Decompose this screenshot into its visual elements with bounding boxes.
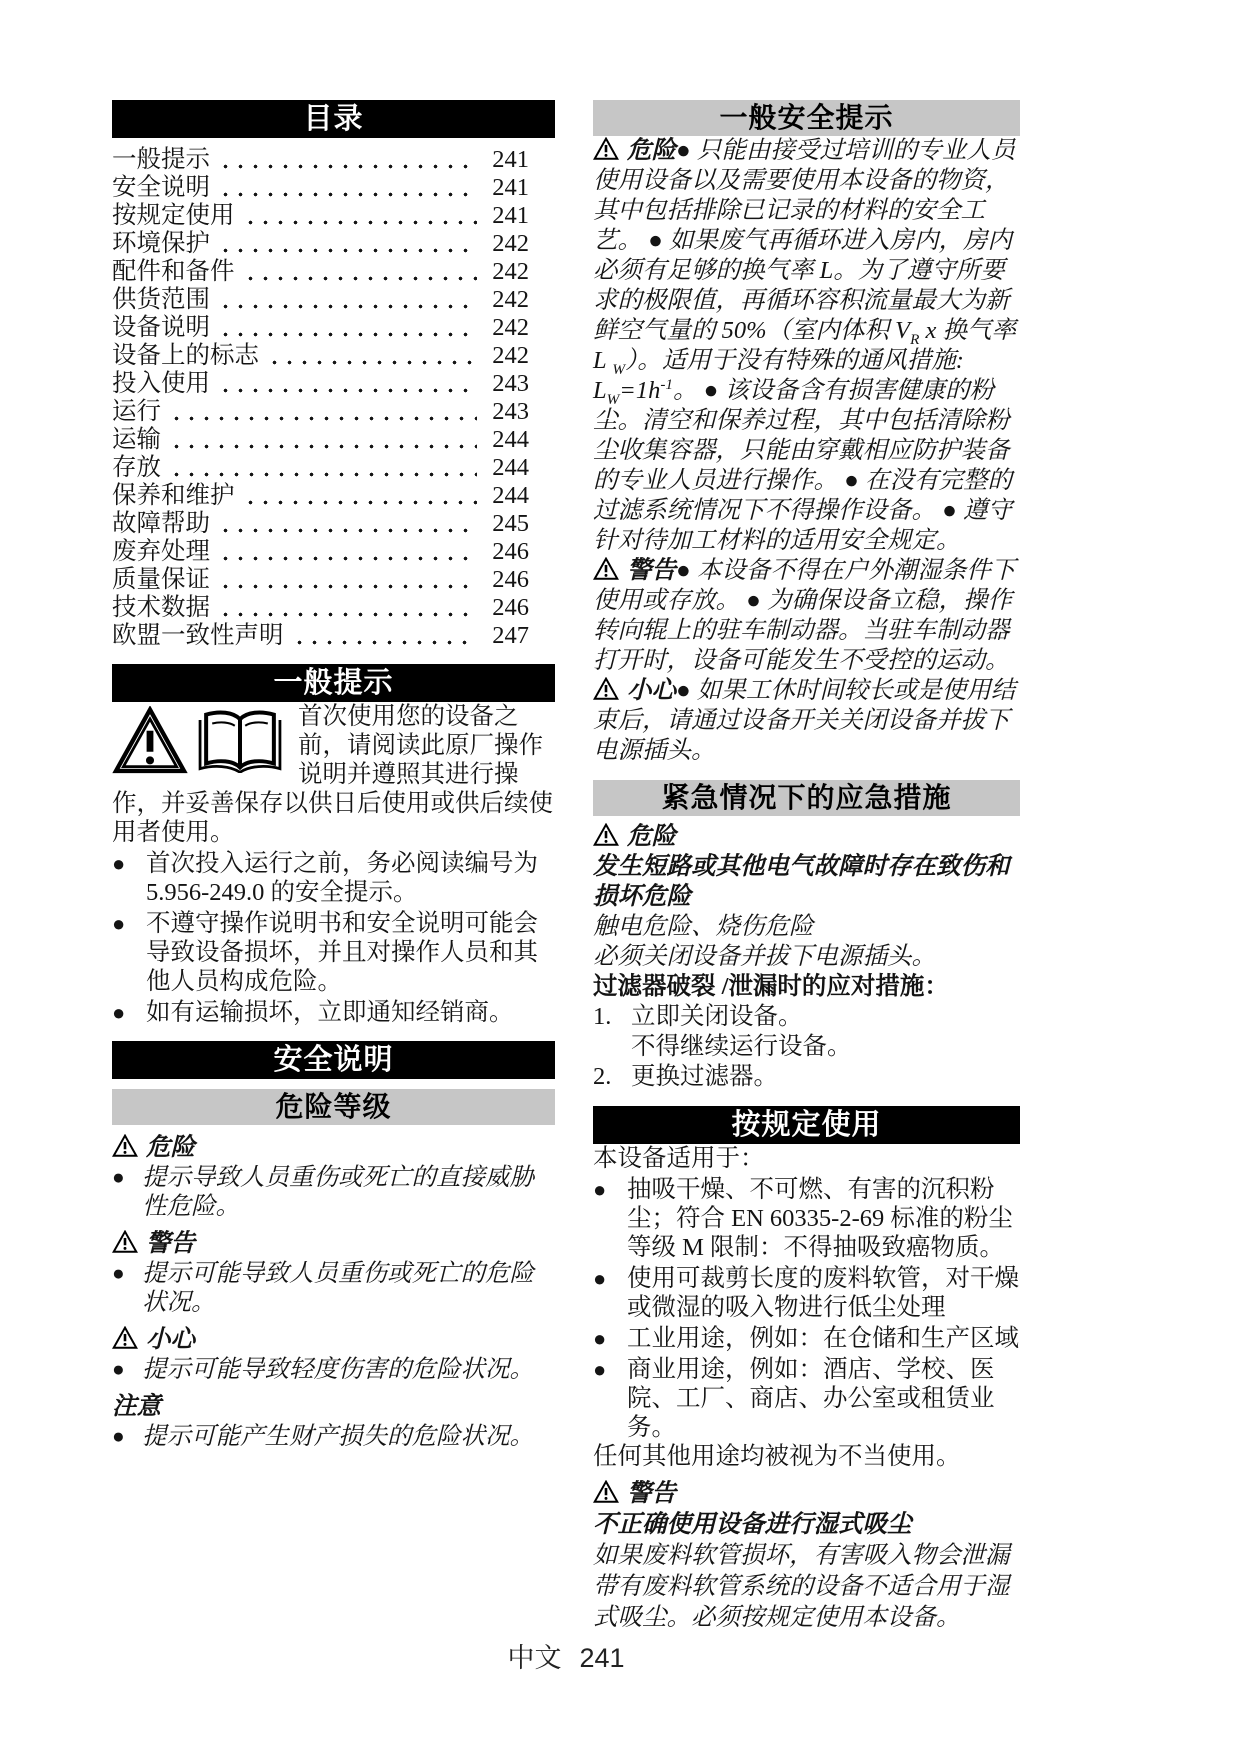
bullet-icon: ● bbox=[112, 1355, 142, 1384]
toc-leader-dots bbox=[169, 415, 477, 421]
intended-use-warning-label: 警告 bbox=[593, 1479, 1020, 1509]
toc-entry-label: 环境保护 bbox=[112, 230, 210, 258]
intended-use-warning-risk: 如果废料软管损坏，有害吸入物会泄漏 bbox=[593, 1540, 1020, 1571]
intended-use-header: 按规定使用 bbox=[593, 1106, 1020, 1144]
danger-levels-title: 危险等级 bbox=[275, 1091, 391, 1122]
emergency-step-note: 不得继续运行设备。 bbox=[593, 1032, 1020, 1062]
warning-triangle-icon bbox=[112, 706, 188, 774]
toc-leader-dots bbox=[218, 583, 477, 589]
warning-triangle-icon bbox=[593, 677, 619, 700]
toc-entry-page: 242 bbox=[483, 258, 529, 286]
intended-use-warning-headline: 不正确使用设备进行湿式吸尘 bbox=[593, 1509, 1020, 1540]
caution-level-description: ● 提示可能导致轻度伤害的危险状况。 bbox=[112, 1355, 555, 1384]
emergency-title: 紧急情况下的应急措施 bbox=[661, 782, 951, 813]
toc-leader-dots bbox=[218, 303, 477, 309]
toc-entry-label: 欧盟一致性声明 bbox=[112, 622, 284, 650]
page-content: 目录 一般提示241 安全说明241 按规定使用241 环境保护242 配件和备… bbox=[112, 100, 1020, 1633]
toc-leader-dots bbox=[243, 499, 478, 505]
list-item-text: 使用可裁剪长度的废料软管，对干燥或微湿的吸入物进行低尘处理 bbox=[627, 1264, 1020, 1322]
table-of-contents: 一般提示241 安全说明241 按规定使用241 环境保护242 配件和备件24… bbox=[112, 146, 555, 650]
toc-leader-dots bbox=[218, 163, 477, 169]
toc-entry-label: 设备上的标志 bbox=[112, 342, 259, 370]
toc-leader-dots bbox=[169, 443, 477, 449]
toc-entry: 供货范围242 bbox=[112, 286, 555, 314]
intended-use-title: 按规定使用 bbox=[731, 1109, 881, 1141]
toc-entry-label: 运行 bbox=[112, 398, 161, 426]
safety-description-header: 安全说明 bbox=[112, 1041, 555, 1079]
toc-entry-label: 运输 bbox=[112, 426, 161, 454]
step-number: 1. bbox=[593, 1002, 631, 1032]
toc-leader-dots bbox=[169, 471, 477, 477]
toc-entry-label: 保养和维护 bbox=[112, 482, 235, 510]
danger-level-label: 危险 bbox=[112, 1133, 555, 1163]
toc-entry-label: 废弃处理 bbox=[112, 538, 210, 566]
toc-leader-dots bbox=[218, 555, 477, 561]
toc-entry-label: 投入使用 bbox=[112, 370, 210, 398]
toc-entry-label: 按规定使用 bbox=[112, 202, 235, 230]
list-item: ● 工业用途，例如：在仓储和生产区域 bbox=[593, 1324, 1020, 1353]
toc-entry-page: 241 bbox=[483, 202, 529, 230]
emergency-instruction: 必须关闭设备并拔下电源插头。 bbox=[593, 942, 1020, 972]
toc-entry-page: 242 bbox=[483, 286, 529, 314]
caution-level-label: 小心 bbox=[112, 1325, 555, 1355]
toc-entry-page: 241 bbox=[483, 174, 529, 202]
general-safety-header: 一般安全提示 bbox=[593, 100, 1020, 136]
bullet-icon: ● bbox=[112, 1259, 142, 1317]
toc-header: 目录 bbox=[112, 100, 555, 138]
toc-entry-label: 存放 bbox=[112, 454, 161, 482]
toc-leader-dots bbox=[243, 219, 478, 225]
general-notes-header: 一般提示 bbox=[112, 664, 555, 702]
toc-entry: 存放244 bbox=[112, 454, 555, 482]
toc-entry-label: 设备说明 bbox=[112, 314, 210, 342]
list-item: ● 商业用途，例如：酒店、学校、医院、工厂、商店、办公室或租赁业务。 bbox=[593, 1355, 1020, 1442]
emergency-danger-label: 危险 bbox=[593, 822, 1020, 852]
general-notes-intro: 首次使用您的设备之前，请阅读此原厂操作说明并遵照其进行操作，并妥善保存以供日后使… bbox=[112, 702, 555, 847]
general-notes-title: 一般提示 bbox=[273, 667, 393, 699]
notice-level-label: 注意 bbox=[112, 1392, 555, 1422]
toc-entry: 运输244 bbox=[112, 426, 555, 454]
warning-label: 警告 bbox=[627, 557, 676, 584]
toc-entry-page: 247 bbox=[483, 622, 529, 650]
warning-triangle-icon bbox=[112, 1326, 138, 1349]
warning-triangle-icon bbox=[112, 1134, 138, 1157]
list-item: ● 不遵守操作说明书和安全说明可能会导致设备损坏，并且对操作人员和其他人员构成危… bbox=[112, 909, 555, 996]
list-item-text: 商业用途，例如：酒店、学校、医院、工厂、商店、办公室或租赁业务。 bbox=[627, 1355, 1020, 1442]
bullet-icon: ● bbox=[593, 1324, 627, 1353]
toc-leader-dots bbox=[218, 191, 477, 197]
toc-entry: 故障帮助245 bbox=[112, 510, 555, 538]
toc-entry: 欧盟一致性声明247 bbox=[112, 622, 555, 650]
list-item: ● 如有运输损坏，立即通知经销商。 bbox=[112, 998, 555, 1027]
page-footer: 中文241 bbox=[112, 1636, 1020, 1675]
toc-entry-page: 241 bbox=[483, 146, 529, 174]
caution-label: 小心 bbox=[627, 677, 676, 704]
bullet-icon: ● bbox=[112, 998, 146, 1027]
toc-entry-label: 故障帮助 bbox=[112, 510, 210, 538]
toc-entry-page: 242 bbox=[483, 230, 529, 258]
intended-use-intro: 本设备适用于： bbox=[593, 1144, 1020, 1173]
toc-entry-label: 配件和备件 bbox=[112, 258, 235, 286]
toc-entry-page: 244 bbox=[483, 454, 529, 482]
toc-entry-page: 243 bbox=[483, 398, 529, 426]
list-item: ● 抽吸干燥、不可燃、有害的沉积粉尘；符合 EN 60335-2-69 标准的粉… bbox=[593, 1175, 1020, 1262]
notice-level-description: ● 提示可能产生财产损失的危险状况。 bbox=[112, 1422, 555, 1451]
toc-entry: 环境保护242 bbox=[112, 230, 555, 258]
toc-leader-dots bbox=[218, 387, 477, 393]
warning-triangle-icon bbox=[593, 557, 619, 580]
toc-entry: 质量保证246 bbox=[112, 566, 555, 594]
emergency-risk-type: 触电危险、烧伤危险 bbox=[593, 912, 1020, 942]
toc-entry: 设备上的标志242 bbox=[112, 342, 555, 370]
bullet-icon: ● bbox=[112, 1422, 142, 1451]
toc-entry: 安全说明241 bbox=[112, 174, 555, 202]
open-book-icon bbox=[194, 707, 286, 773]
footer-page-number: 241 bbox=[579, 1643, 624, 1673]
intended-use-warning-text: 带有废料软管系统的设备不适合用于湿式吸尘。必须按规定使用本设备。 bbox=[593, 1571, 1020, 1633]
toc-entry: 投入使用243 bbox=[112, 370, 555, 398]
list-item-text: 抽吸干燥、不可燃、有害的沉积粉尘；符合 EN 60335-2-69 标准的粉尘等… bbox=[627, 1175, 1020, 1262]
bullet-icon: ● bbox=[593, 1264, 627, 1322]
warning-triangle-icon bbox=[112, 1230, 138, 1253]
general-safety-caution-paragraph: 小心● 如果工休时间较长或是使用结束后，请通过设备开关关闭设备并拔下电源插头。 bbox=[593, 676, 1020, 766]
toc-entry: 运行243 bbox=[112, 398, 555, 426]
warning-triangle-icon bbox=[593, 1480, 619, 1503]
toc-leader-dots bbox=[292, 639, 478, 645]
danger-label: 危险 bbox=[627, 137, 676, 164]
emergency-step: 1. 立即关闭设备。 bbox=[593, 1002, 1020, 1032]
toc-title: 目录 bbox=[303, 103, 363, 135]
warning-level-description: ● 提示可能导致人员重伤或死亡的危险状况。 bbox=[112, 1259, 555, 1317]
subscript-R: R bbox=[910, 331, 919, 348]
warning-triangle-icon bbox=[593, 823, 619, 846]
bullet-icon: ● bbox=[112, 1163, 142, 1221]
toc-leader-dots bbox=[218, 247, 477, 253]
superscript-minus-1: -1 bbox=[660, 376, 673, 393]
list-item-text: 如有运输损坏，立即通知经销商。 bbox=[146, 998, 555, 1027]
emergency-filter-heading: 过滤器破裂 /泄漏时的应对措施： bbox=[593, 972, 1020, 1002]
toc-entry-page: 244 bbox=[483, 482, 529, 510]
toc-entry-page: 244 bbox=[483, 426, 529, 454]
toc-entry-label: 一般提示 bbox=[112, 146, 210, 174]
danger-levels-subheader: 危险等级 bbox=[112, 1089, 555, 1125]
bullet-icon: ● bbox=[112, 909, 146, 996]
toc-entry: 设备说明242 bbox=[112, 314, 555, 342]
toc-leader-dots bbox=[218, 331, 477, 337]
toc-entry: 技术数据246 bbox=[112, 594, 555, 622]
bullet-icon: ● bbox=[112, 849, 146, 907]
emergency-risk-headline: 发生短路或其他电气故障时存在致伤和损坏危险 bbox=[593, 852, 1020, 912]
toc-entry-label: 供货范围 bbox=[112, 286, 210, 314]
warning-triangle-icon bbox=[593, 137, 619, 160]
toc-entry-page: 245 bbox=[483, 510, 529, 538]
toc-entry-page: 243 bbox=[483, 370, 529, 398]
left-column: 目录 一般提示241 安全说明241 按规定使用241 环境保护242 配件和备… bbox=[112, 100, 555, 1633]
bullet-icon: ● bbox=[593, 1355, 627, 1442]
step-text: 立即关闭设备。 bbox=[631, 1002, 1020, 1032]
emergency-step: 2. 更换过滤器。 bbox=[593, 1062, 1020, 1092]
toc-entry: 配件和备件242 bbox=[112, 258, 555, 286]
toc-entry: 保养和维护244 bbox=[112, 482, 555, 510]
toc-entry: 按规定使用241 bbox=[112, 202, 555, 230]
toc-entry-page: 246 bbox=[483, 594, 529, 622]
list-item-text: 不遵守操作说明书和安全说明可能会导致设备损坏，并且对操作人员和其他人员构成危险。 bbox=[146, 909, 555, 996]
step-text: 更换过滤器。 bbox=[631, 1062, 1020, 1092]
step-number: 2. bbox=[593, 1062, 631, 1092]
subscript-W: W bbox=[612, 361, 625, 378]
toc-entry-page: 242 bbox=[483, 342, 529, 370]
toc-leader-dots bbox=[218, 527, 477, 533]
toc-leader-dots bbox=[243, 275, 478, 281]
toc-entry-label: 质量保证 bbox=[112, 566, 210, 594]
warning-level-label: 警告 bbox=[112, 1229, 555, 1259]
list-item: ● 首次投入运行之前，务必阅读编号为 5.956-249.0 的安全提示。 bbox=[112, 849, 555, 907]
toc-entry-page: 246 bbox=[483, 566, 529, 594]
toc-entry: 废弃处理246 bbox=[112, 538, 555, 566]
footer-language: 中文 bbox=[507, 1643, 561, 1673]
general-safety-danger-paragraph: 危险● 只能由接受过培训的专业人员使用设备以及需要使用本设备的物资，其中包括排除… bbox=[593, 136, 1020, 556]
intended-use-outro: 任何其他用途均被视为不当使用。 bbox=[593, 1442, 1020, 1471]
toc-leader-dots bbox=[267, 359, 477, 365]
toc-leader-dots bbox=[218, 611, 477, 617]
list-item-text: 工业用途，例如：在仓储和生产区域 bbox=[627, 1324, 1020, 1353]
list-item-text: 首次投入运行之前，务必阅读编号为 5.956-249.0 的安全提示。 bbox=[146, 849, 555, 907]
toc-entry-label: 技术数据 bbox=[112, 594, 210, 622]
danger-level-description: ● 提示导致人员重伤或死亡的直接威胁性危险。 bbox=[112, 1163, 555, 1221]
emergency-header: 紧急情况下的应急措施 bbox=[593, 780, 1020, 816]
general-safety-warning-paragraph: 警告● 本设备不得在户外潮湿条件下使用或存放。 ● 为确保设备立稳，操作转向辊上… bbox=[593, 556, 1020, 676]
subscript-W: W bbox=[607, 391, 620, 408]
general-safety-title: 一般安全提示 bbox=[719, 102, 893, 133]
right-column: 一般安全提示 危险● 只能由接受过培训的专业人员使用设备以及需要使用本设备的物资… bbox=[593, 100, 1020, 1633]
bullet-icon: ● bbox=[593, 1175, 627, 1262]
toc-entry-page: 246 bbox=[483, 538, 529, 566]
list-item: ● 使用可裁剪长度的废料软管，对干燥或微湿的吸入物进行低尘处理 bbox=[593, 1264, 1020, 1322]
toc-entry-label: 安全说明 bbox=[112, 174, 210, 202]
safety-description-title: 安全说明 bbox=[273, 1044, 393, 1076]
toc-entry: 一般提示241 bbox=[112, 146, 555, 174]
toc-entry-page: 242 bbox=[483, 314, 529, 342]
